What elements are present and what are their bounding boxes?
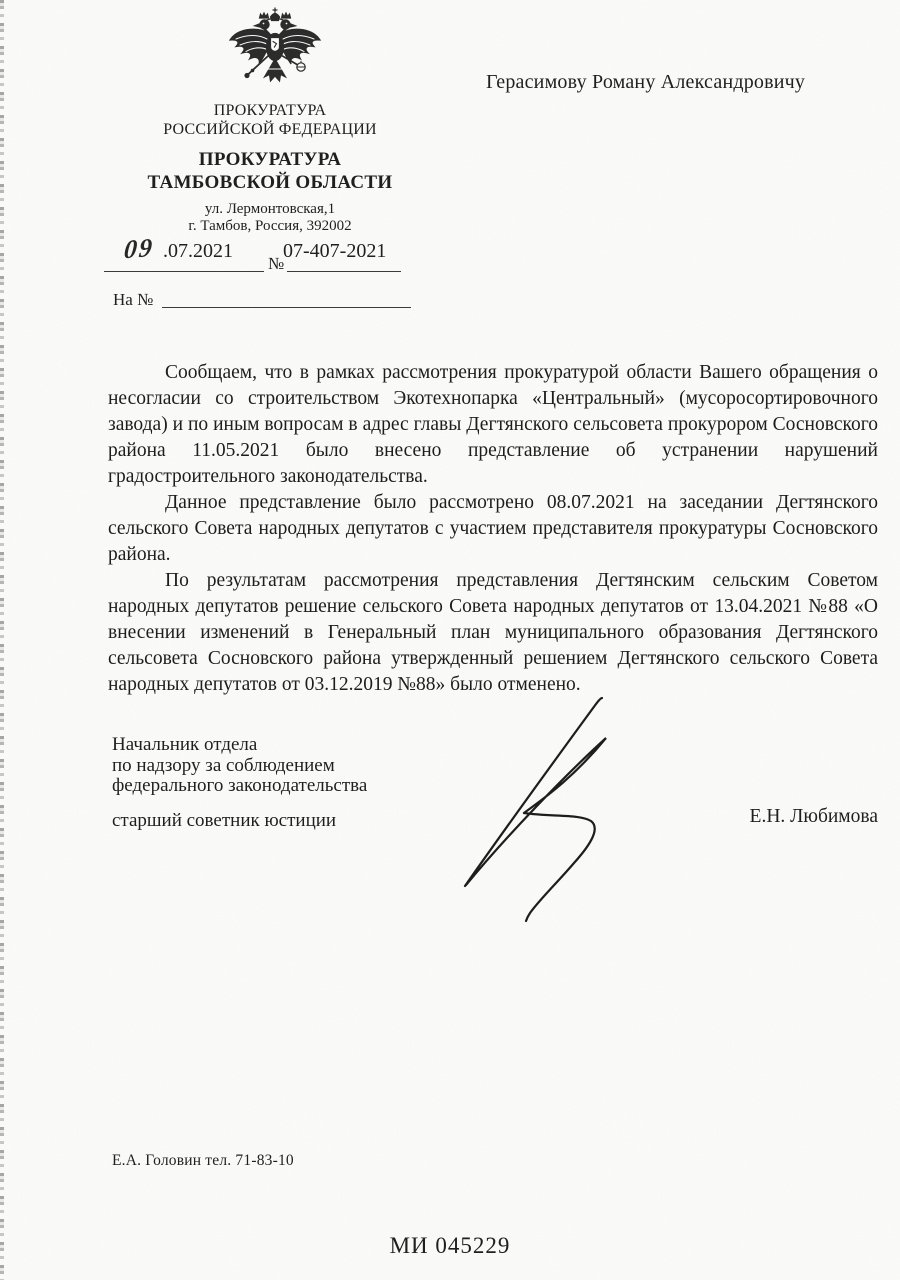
body-paragraph-1: Сообщаем, что в рамках рассмотрения прок…	[108, 360, 878, 490]
number-blank-line	[287, 271, 401, 272]
incoming-reference-label: На №	[113, 290, 153, 310]
signer-position-line1: Начальник отдела	[112, 735, 367, 756]
parent-org-line1: ПРОКУРАТУРА	[110, 101, 430, 120]
date-blank-line	[104, 271, 264, 272]
addressee-name: Герасимову Роману Александровичу	[486, 71, 805, 94]
form-stamp-code: МИ 045229	[0, 1233, 900, 1259]
scanned-letter-page: ПРОКУРАТУРА РОССИЙСКОЙ ФЕДЕРАЦИИ ПРОКУРА…	[0, 0, 900, 1280]
signer-rank: старший советник юстиции	[112, 810, 336, 832]
number-sign: №	[268, 254, 284, 274]
signer-position: Начальник отдела по надзору за соблюдени…	[112, 735, 367, 797]
org-name-line2: ТАМБОВСКОЙ ОБЛАСТИ	[110, 171, 430, 194]
outgoing-number: 07-407-2021	[283, 240, 386, 263]
russian-coat-of-arms-icon	[222, 6, 328, 98]
printed-date: .07.2021	[163, 240, 233, 263]
body-paragraph-3: По результатам рассмотрения представлени…	[108, 568, 878, 698]
parent-org-line2: РОССИЙСКОЙ ФЕДЕРАЦИИ	[110, 120, 430, 139]
signer-position-line2: по надзору за соблюдением	[112, 756, 367, 777]
org-address-street: ул. Лермонтовская,1	[110, 201, 430, 218]
org-address-city: г. Тамбов, Россия, 392002	[110, 218, 430, 235]
handwritten-date-day: 09	[123, 233, 156, 266]
letter-body: Сообщаем, что в рамках рассмотрения прок…	[108, 360, 878, 698]
incoming-blank-line	[162, 307, 411, 308]
scan-edge-artifact	[0, 0, 4, 1280]
signer-name: Е.Н. Любимова	[690, 806, 878, 828]
body-paragraph-2: Данное представление было рассмотрено 08…	[108, 490, 878, 568]
executor-contact: Е.А. Головин тел. 71-83-10	[112, 1152, 294, 1170]
handwritten-signature	[435, 680, 635, 925]
letterhead: ПРОКУРАТУРА РОССИЙСКОЙ ФЕДЕРАЦИИ ПРОКУРА…	[110, 101, 430, 235]
signer-position-line3: федерального законодательства	[112, 776, 367, 797]
org-name-line1: ПРОКУРАТУРА	[110, 148, 430, 171]
